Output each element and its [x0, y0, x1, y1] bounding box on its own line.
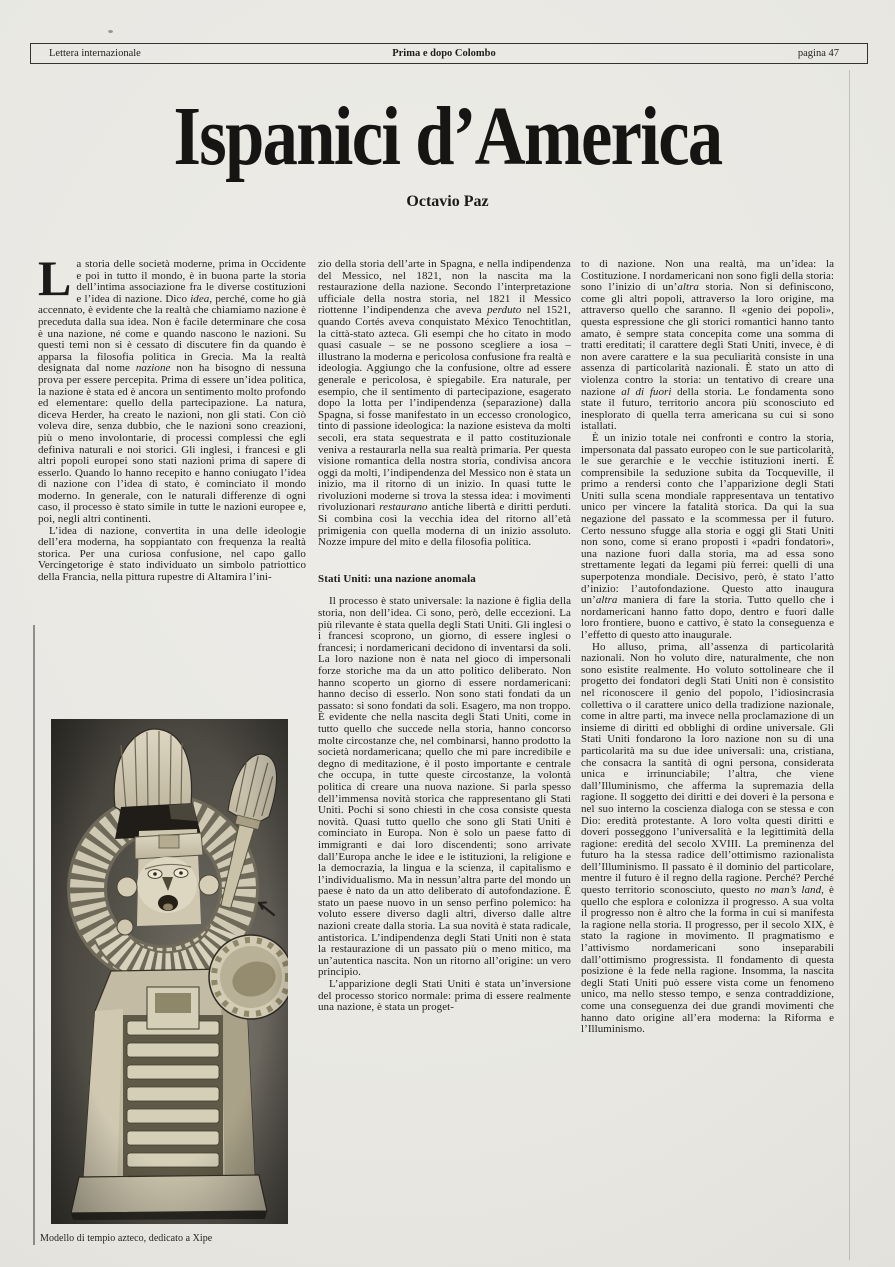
paragraph: L’idea di nazione, convertita in una del…: [38, 526, 306, 584]
byline: Octavio Paz: [0, 193, 895, 211]
handwritten-arrow-annotation: [255, 897, 277, 919]
scan-artifact-right-edge: [849, 70, 850, 1260]
column-2: zio della storia dell’arte in Spagna, e …: [318, 259, 571, 1253]
drop-cap: L: [38, 260, 76, 296]
paragraph: zio della storia dell’arte in Spagna, e …: [318, 259, 571, 549]
journal-name: Lettera internazionale: [49, 48, 288, 59]
paragraph: L’apparizione degli Stati Uniti è stata …: [318, 979, 571, 1014]
paragraph: Ho alluso, prima, all’assenza di partico…: [581, 642, 834, 1036]
page-number: pagina 47: [600, 48, 839, 59]
scan-speck: [108, 30, 113, 33]
article-title: Ispanici d’America: [72, 88, 824, 185]
paragraph: È un inizio totale nei confronti e contr…: [581, 433, 834, 642]
scan-artifact-left-edge: [33, 625, 35, 1245]
aztec-temple-photo: [51, 719, 288, 1224]
scanned-magazine-page: Lettera internazionale Prima e dopo Colo…: [0, 0, 895, 1267]
photo-caption: Modello di tempio azteco, dedicato a Xip…: [40, 1233, 306, 1245]
aztec-figurine-illustration: [51, 719, 288, 1224]
section-title: Prima e dopo Colombo: [288, 48, 599, 59]
article-body: La storia delle società moderne, prima i…: [38, 259, 834, 1253]
section-heading: Stati Uniti: una nazione anomala: [318, 574, 571, 586]
column-1-text: La storia delle società moderne, prima i…: [38, 259, 306, 712]
paragraph: to di nazione. Non una realtà, ma un’ide…: [581, 259, 834, 433]
masthead: Lettera internazionale Prima e dopo Colo…: [30, 43, 868, 64]
column-1: La storia delle società moderne, prima i…: [38, 259, 306, 1253]
paragraph: Il processo è stato universale: la nazio…: [318, 596, 571, 979]
column-3: to di nazione. Non una realtà, ma un’ide…: [581, 259, 834, 1253]
paragraph-text: a storia delle società moderne, prima in…: [38, 259, 306, 525]
paragraph: La storia delle società moderne, prima i…: [38, 259, 306, 526]
